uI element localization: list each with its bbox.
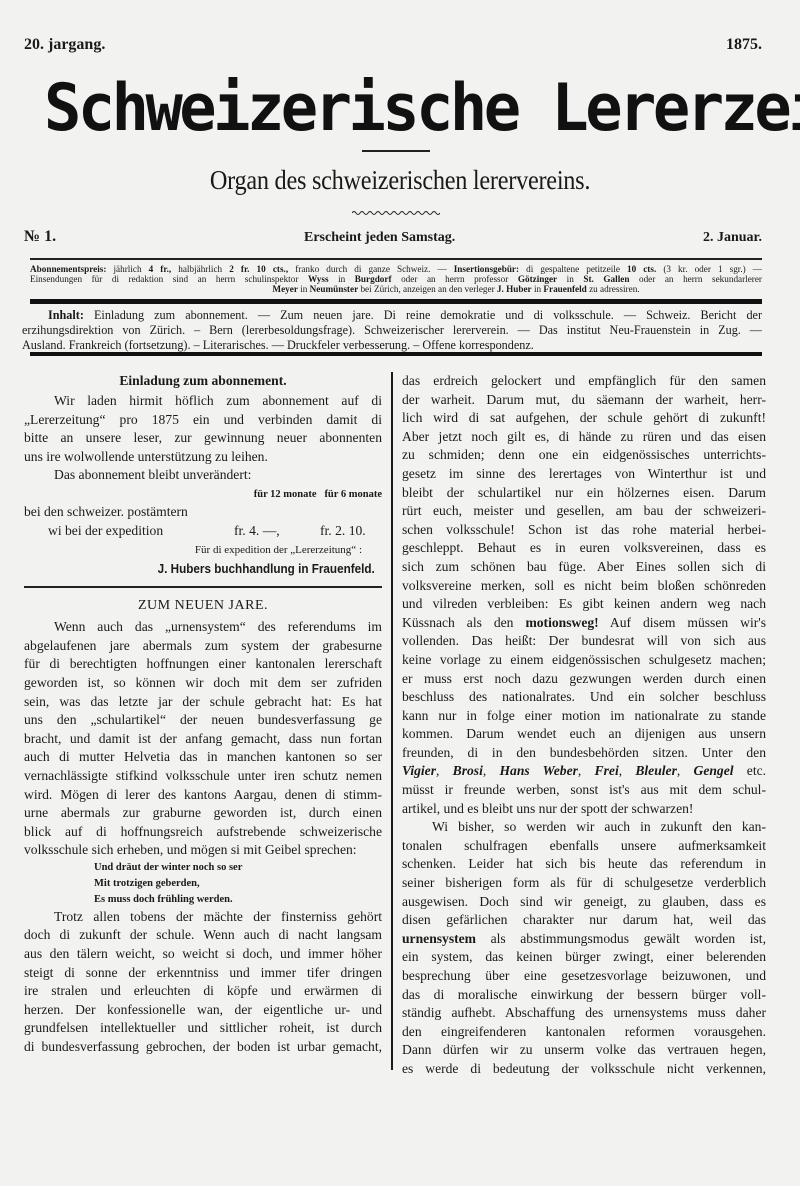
text-line: schen volksschule! Schon ist das rohe ma… bbox=[402, 521, 766, 540]
text-line: bracht, und damit ist der anfang gemacht… bbox=[24, 730, 382, 749]
subscription-info: Abonnementspreis: jährlich 4 fr., halbjä… bbox=[30, 264, 762, 294]
price-row-1: bei den schweizer. postämtern bbox=[24, 503, 382, 522]
section-rule bbox=[24, 586, 382, 588]
text-line: das di moralische einwirkung der bessern… bbox=[402, 986, 766, 1005]
text-line: für di berechtigten hoffnungen einer kan… bbox=[24, 655, 382, 674]
text-line: seiner bisherigen form als für di schulg… bbox=[402, 874, 766, 893]
text-line: zu schmiden; denn one ein eidgenössische… bbox=[402, 446, 766, 465]
text-line: volksschule sich erheben, und mögen si m… bbox=[24, 841, 382, 860]
text-line: abgelaufenen jare abermals zum system de… bbox=[24, 637, 382, 656]
left-column: Einladung zum abonnement. Wir laden hirm… bbox=[24, 372, 382, 1057]
text-line: beschluss des nationalrates. Und ein sol… bbox=[402, 688, 766, 707]
invitation-text: Wir laden hirmit höflich zum abonnement … bbox=[24, 392, 382, 466]
text-line: müsst ir freunde werben, sonst ist's aus… bbox=[402, 781, 766, 800]
text-line: urne abermals zur graburne geworden ist,… bbox=[24, 804, 382, 823]
text-line: besprechung über eine gesetzesvorlage be… bbox=[402, 967, 766, 986]
text-line: rürt euch, meister und gesellen, am bau … bbox=[402, 502, 766, 521]
text-line: herzen. Der konfessionelle wan, der eige… bbox=[24, 1001, 382, 1020]
text-line: Wenn auch das „urnensystem“ des referend… bbox=[24, 618, 382, 637]
text-line: „Lererzeitung“ pro 1875 ein und verbinde… bbox=[24, 411, 382, 430]
issue-date: 2. Januar. bbox=[703, 230, 762, 246]
volume-label: 20. jargang. bbox=[24, 36, 105, 54]
text-line: lich wird di sat aufgehen, der schule ge… bbox=[402, 409, 766, 428]
text-line: Wi bisher, so werden wir auch in zukunft… bbox=[402, 818, 766, 837]
text-line: Dann dürfen wir zu unserm volke das vert… bbox=[402, 1041, 766, 1060]
names-line: Vigier, Brosi, Hans Weber, Frei, Bleuler… bbox=[402, 762, 766, 781]
text-line: geschleppt. Behaut es in euren volksvere… bbox=[402, 539, 766, 558]
urnensystem-line: urnensystem als abstimmungsmodus gewält … bbox=[402, 930, 766, 949]
text-line: steigt di sonne der erkenntniss und imme… bbox=[24, 964, 382, 983]
issue-row: № 1. Erscheint jeden Samstag. 2. Januar. bbox=[24, 228, 762, 250]
poem: Und dräut der winter noch so ser Mit tro… bbox=[24, 860, 382, 908]
header-rule bbox=[30, 258, 762, 260]
article-text-right-b: vollenden. Das heißt: Der bundesrat will… bbox=[402, 632, 766, 762]
column-divider bbox=[391, 372, 393, 1070]
article-text-left-b: Trotz allen tobens der mächte der finste… bbox=[24, 908, 382, 1057]
article-text-right-d: Wi bisher, so werden wir auch in zukunft… bbox=[402, 818, 766, 930]
text-line: ständig aufhebt. Abschaffung des urnensy… bbox=[402, 1004, 766, 1023]
text-line: freunden, di in den bundesbehörden sitze… bbox=[402, 744, 766, 763]
article-text-right-a: das erdreich gelockert und empfänglich f… bbox=[402, 372, 766, 614]
text-line: das erdreich gelockert und empfänglich f… bbox=[402, 372, 766, 391]
contents-line: Ausland. Frankreich (fortsetzung). – Lit… bbox=[22, 338, 762, 353]
text-line: kommen. Darum wendet euch an dijenigen a… bbox=[402, 725, 766, 744]
price-table-header: für 12 monate für 6 monate bbox=[24, 487, 382, 503]
text-line: uns den „schulartikel“ der neuen bundesv… bbox=[24, 711, 382, 730]
text-line: ausgewisen. Doch sind wir geneigt, zu gl… bbox=[402, 893, 766, 912]
table-of-contents: Inhalt: Einladung zum abonnement. — Zum … bbox=[22, 308, 762, 353]
expedition-line: Für di expedition der „Lererzeitung“ : bbox=[24, 540, 382, 558]
subscription-line-1: Abonnementspreis: jährlich 4 fr., halbjä… bbox=[30, 264, 762, 274]
text-line: sein, was das letzte jar der schule gebr… bbox=[24, 693, 382, 712]
text-line: und vilreden verbleiben: Es gibt keinen … bbox=[402, 595, 766, 614]
text-line: der warheit. Darum mut, du säemann der w… bbox=[402, 391, 766, 410]
text-line: geworden ist, so können wir doch mit dem… bbox=[24, 674, 382, 693]
text-line: vernachlässigte stifkind volksschule unt… bbox=[24, 767, 382, 786]
text-line: ire stralen und erleuchten di köpfe und … bbox=[24, 982, 382, 1001]
text-line: den eingreifenderen kantonalen reformen … bbox=[402, 1023, 766, 1042]
right-column: das erdreich gelockert und empfänglich f… bbox=[402, 372, 766, 1079]
text-line: artikel, und es bleibt uns nur der spott… bbox=[402, 800, 766, 819]
text-line: ein system, das keinen bürger zwingt, ei… bbox=[402, 948, 766, 967]
masthead-subtitle: Organ des schweizerischen lerervereins. bbox=[40, 165, 760, 196]
contents-top-rule bbox=[30, 299, 762, 304]
text-line: kann nur in folge einer motion im nation… bbox=[402, 707, 766, 726]
text-line: schenken. Leider hat sich bis heute das … bbox=[402, 855, 766, 874]
text-line: bleibt der schulartikel nur ein hölzerne… bbox=[402, 484, 766, 503]
top-line: 20. jargang. 1875. bbox=[24, 36, 762, 56]
publisher-name: J. Hubers buchhandlung in Frauenfeld. bbox=[60, 558, 382, 580]
text-line: vollenden. Das heißt: Der bundesrat will… bbox=[402, 632, 766, 651]
text-line: sich zum schönen bau füge. Aber Eines so… bbox=[402, 558, 766, 577]
title-rule bbox=[362, 150, 430, 152]
invitation-heading: Einladung zum abonnement. bbox=[24, 372, 382, 392]
text-line: volksvereine merken, soll es nicht beim … bbox=[402, 577, 766, 596]
contents-line: erzihungsdirektion von Zürich. – Bern (l… bbox=[22, 323, 762, 338]
text-line: di bundesverfassung gebrochen, der boden… bbox=[24, 1038, 382, 1057]
text-line: disen gefärlichen charakter nur darum ha… bbox=[402, 911, 766, 930]
publication-frequency: Erscheint jeden Samstag. bbox=[304, 230, 455, 246]
text-line: er muss erst noch dazu gezwungen werden … bbox=[402, 670, 766, 689]
text-line: wird. Mögen di lerer des kantons Aargau,… bbox=[24, 786, 382, 805]
motion-line: Küssnach als den motionsweg! Auf disem m… bbox=[402, 614, 766, 633]
text-line: Wir laden hirmit höflich zum abonnement … bbox=[24, 392, 382, 411]
price-12-months: fr. 4. —, bbox=[234, 522, 280, 541]
price-row-2: wi bei der expedition fr. 4. —, fr. 2. 1… bbox=[24, 522, 382, 541]
contents-line: Inhalt: Einladung zum abonnement. — Zum … bbox=[22, 308, 762, 323]
issue-number: № 1. bbox=[24, 228, 56, 246]
text-line: tonalen schulfragen ebenfalls unsere auf… bbox=[402, 837, 766, 856]
masthead-title: Schweizerische Lererzeitung. bbox=[44, 70, 754, 146]
text-line: blick auf di hoffnungsreich aufstrebende… bbox=[24, 823, 382, 842]
article-text-right-e: ein system, das keinen bürger zwingt, ei… bbox=[402, 948, 766, 1078]
text-line: uns ire wolwollende unterstützung zu lei… bbox=[24, 448, 382, 467]
year-label: 1875. bbox=[726, 36, 762, 54]
text-line: gesetz im sinne des lerertages von Winte… bbox=[402, 465, 766, 484]
newspaper-page: 20. jargang. 1875. Schweizerische Lererz… bbox=[0, 0, 800, 1186]
ornamental-divider bbox=[352, 209, 440, 217]
text-line: grundfelsen intellektueller und sittlich… bbox=[24, 1019, 382, 1038]
text-line: aus den tälern weicht, so weicht si doch… bbox=[24, 945, 382, 964]
invitation-unchanged: Das abonnement bleibt unverändert: bbox=[24, 466, 382, 485]
article-title: ZUM NEUEN JARE. bbox=[24, 594, 382, 618]
subscription-line-2: Einsendungen für di redaktion sind an he… bbox=[30, 274, 762, 284]
subscription-line-3: Meyer in Neumünster bei Zürich, anzeigen… bbox=[30, 284, 762, 294]
contents-bottom-rule bbox=[30, 352, 762, 356]
article-text-left-a: Wenn auch das „urnensystem“ des referend… bbox=[24, 618, 382, 860]
text-line: Trotz allen tobens der mächte der finste… bbox=[24, 908, 382, 927]
price-6-months: fr. 2. 10. bbox=[320, 522, 366, 541]
contents-label: Inhalt: bbox=[48, 308, 84, 322]
article-text-right-c: müsst ir freunde werben, sonst ist's aus… bbox=[402, 781, 766, 818]
text-line: auch di mutter Helvetia das in manchen k… bbox=[24, 748, 382, 767]
text-line: doch di zukunft der schule. Wenn auch di… bbox=[24, 926, 382, 945]
text-line: Aber jetzt noch gilt es, di hände zu rür… bbox=[402, 428, 766, 447]
text-line: es werde di bedeutung der volksschule ni… bbox=[402, 1060, 766, 1079]
text-line: bitte an unsere leser, zur gewinnung neu… bbox=[24, 429, 382, 448]
text-line: keine vorlage zu einem eidgenössischen s… bbox=[402, 651, 766, 670]
